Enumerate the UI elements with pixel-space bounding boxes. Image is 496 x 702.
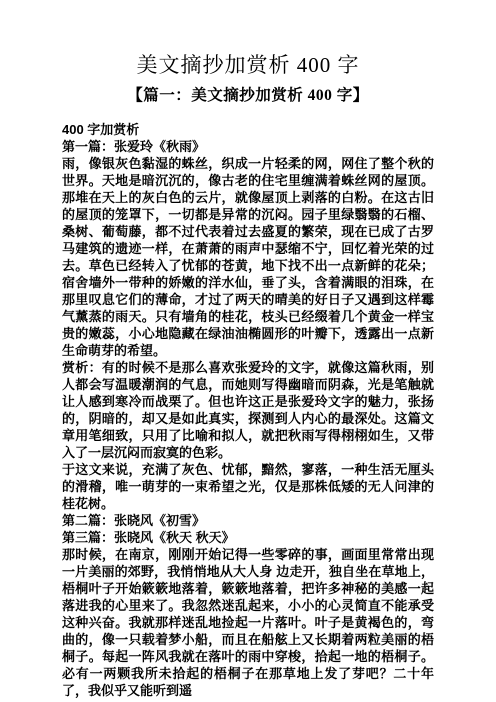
section-heading: 第一篇：张爱玲《秋雨》 xyxy=(62,138,434,155)
body-paragraph: 于这文来说，充满了灰色、忧郁，黯然，寥落，一种生活无厘头的滑稽，唯一萌芽的一束希… xyxy=(62,461,434,512)
section-heading: 第二篇：张晓风《初雪》 xyxy=(62,512,434,529)
page-title: 美文摘抄加赏析 400 字 xyxy=(0,50,496,80)
body-paragraph: 那时候，在南京，刚刚开始记得一些零碎的事，画面里常常出现一片美丽的郊野，我悄悄地… xyxy=(62,546,434,699)
section-heading: 400 字加赏析 xyxy=(62,121,434,138)
document-page: 美文摘抄加赏析 400 字 【篇一：美文摘抄加赏析 400 字】 400 字加赏… xyxy=(0,0,496,702)
body-paragraph: 赏析：有的时候不是那么喜欢张爱玲的文字，就像这篇秋雨，别人都会写温暖潮润的气息，… xyxy=(62,359,434,461)
document-body: 400 字加赏析第一篇：张爱玲《秋雨》雨，像银灰色黏湿的蛛丝，织成一片轻柔的网，… xyxy=(62,121,434,699)
section-heading: 第三篇：张晓风《秋天 秋天》 xyxy=(62,529,434,546)
body-paragraph: 雨，像银灰色黏湿的蛛丝，织成一片轻柔的网，网住了整个秋的世界。天地是暗沉沉的，像… xyxy=(62,155,434,359)
page-subtitle: 【篇一：美文摘抄加赏析 400 字】 xyxy=(0,86,496,106)
